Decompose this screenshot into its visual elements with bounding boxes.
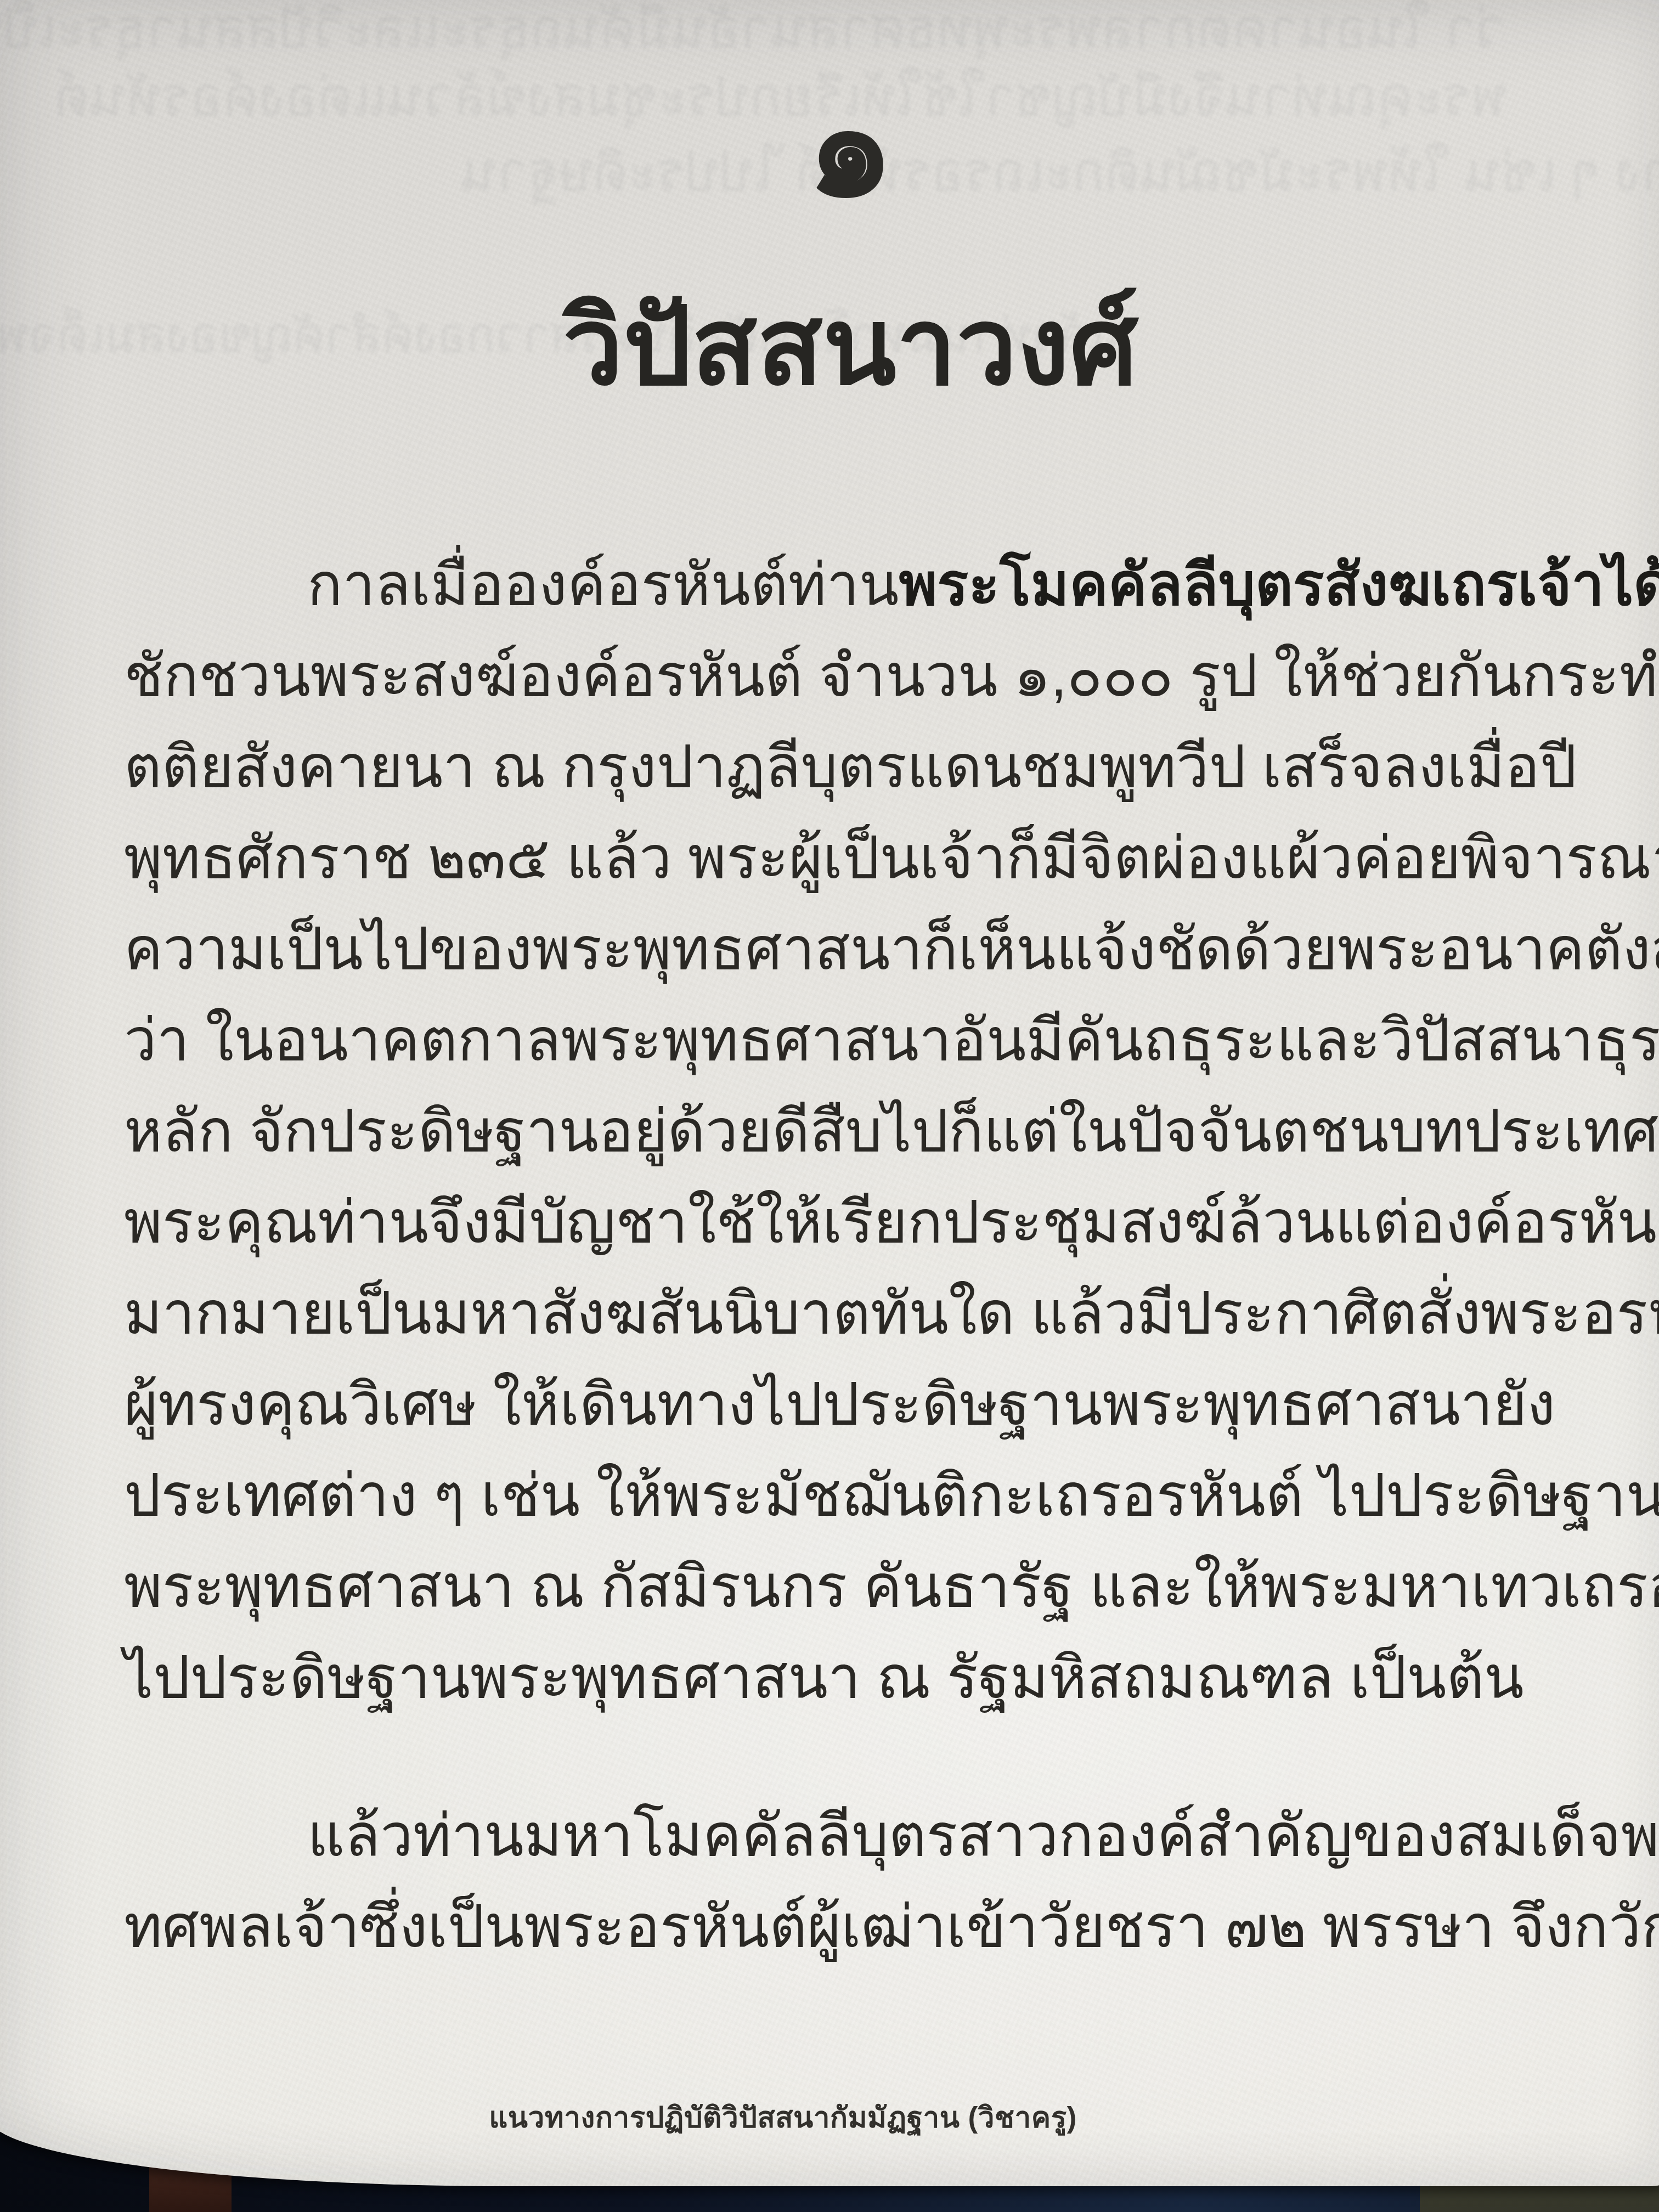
body-line: ผู้ทรงคุณวิเศษ ให้เดินทางไปประดิษฐานพระพ… (124, 1359, 1557, 1450)
line1-regular-text: กาลเมื่อองค์อรหันต์ท่าน (307, 552, 899, 617)
body-line: กาลเมื่อองค์อรหันต์ท่านพระโมคคัลลีบุตรสั… (124, 539, 1557, 630)
chapter-number: ๑ (124, 71, 1557, 225)
body-line: หลัก จักประดิษฐานอยู่ด้วยดีสืบไปก็แต่ในป… (124, 1086, 1557, 1177)
body-line: พุทธศักราช ๒๓๕ แล้ว พระผู้เป็นเจ้าก็มีจิ… (124, 812, 1557, 904)
body-line: มากมายเป็นมหาสังฆสันนิบาตทันใด แล้วมีประ… (124, 1268, 1557, 1359)
body-line: ประเทศต่าง ๆ เช่น ให้พระมัชฌันติกะเถรอรห… (124, 1450, 1557, 1541)
bleedthrough-line: ว่า ในอนาคตกาลพระพุทธศาสนาอันมีคันถธุระแ… (0, 0, 1506, 71)
body-line: ความเป็นไปของพระพุทธศาสนาก็เห็นแจ้งชัดด้… (124, 904, 1557, 995)
body-line: พระพุทธศาสนา ณ กัสมิรนกร คันธารัฐ และให้… (124, 1541, 1557, 1632)
chapter-title: วิปัสสนาวงศ์ (124, 237, 1557, 456)
body-line: ตติยสังคายนา ณ กรุงปาฏลีบุตรแดนชมพูทวีป … (124, 721, 1557, 812)
body-line: ว่า ในอนาคตกาลพระพุทธศาสนาอันมีคันถธุระแ… (124, 995, 1557, 1086)
body-line: พระคุณท่านจึงมีบัญชาใช้ให้เรียกประชุมสงฆ… (124, 1177, 1557, 1268)
body-line: ไปประดิษฐานพระพุทธศาสนา ณ รัฐมหิสถมณฑล เ… (124, 1632, 1557, 1723)
page-footer: แนวทางการปฏิบัติวิปัสสนากัมมัฏฐาน (วิชาค… (124, 2095, 1557, 2141)
body-paragraph-2: แล้วท่านมหาโมคคัลลีบุตรสาวกองค์สำคัญของส… (124, 1790, 1557, 1972)
body-line: ชักชวนพระสงฆ์องค์อรหันต์ จำนวน ๑,๐๐๐ รูป… (124, 630, 1557, 721)
line1-bold-text: พระโมคคัลลีบุตรสังฆเถรเจ้าได้ (899, 552, 1659, 617)
body-line: ทศพลเจ้าซึ่งเป็นพระอรหันต์ผู้เฒ่าเข้าวัย… (124, 1881, 1557, 1972)
body-paragraph-1: กาลเมื่อองค์อรหันต์ท่านพระโมคคัลลีบุตรสั… (124, 539, 1557, 1723)
body-line: แล้วท่านมหาโมคคัลลีบุตรสาวกองค์สำคัญของส… (124, 1790, 1557, 1881)
scene: ว่า ในอนาคตกาลพระพุทธศาสนาอันมีคันถธุระแ… (0, 0, 1659, 2212)
book-page: ว่า ในอนาคตกาลพระพุทธศาสนาอันมีคันถธุระแ… (0, 0, 1659, 2186)
book-page-photo: { "page": { "chapter_number": "๑", "titl… (0, 0, 1659, 2212)
